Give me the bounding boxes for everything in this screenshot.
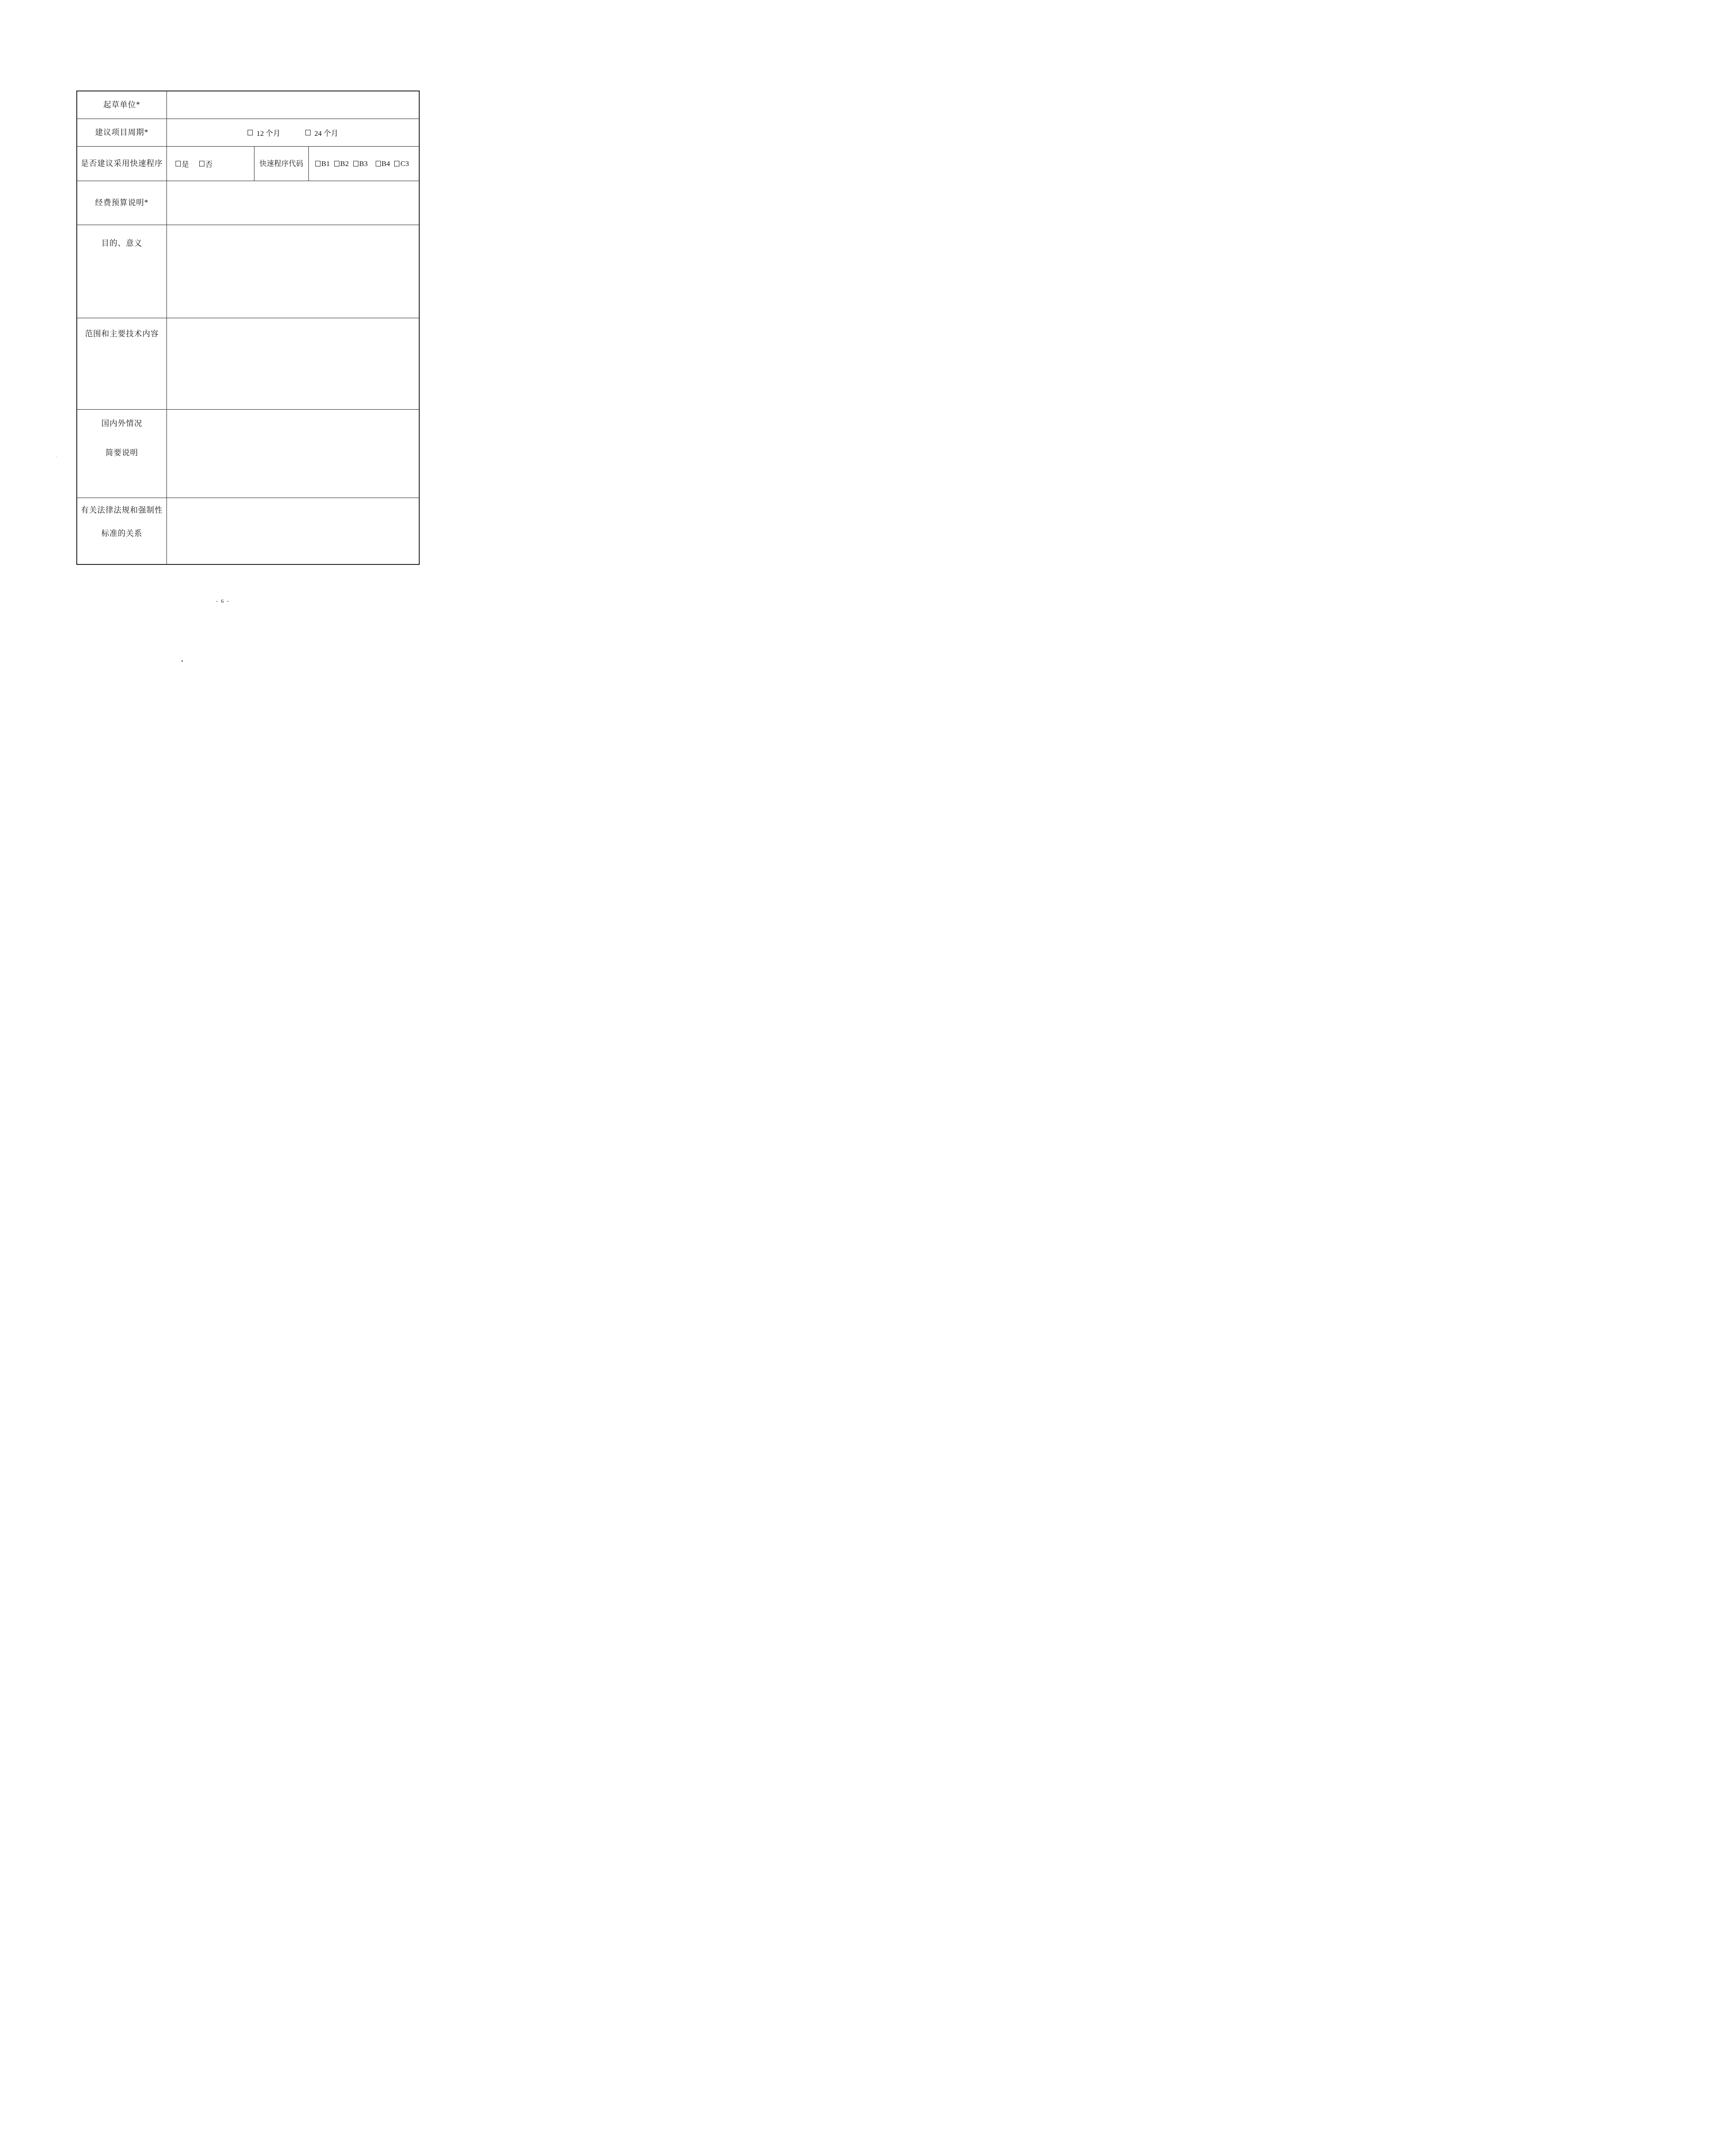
option-yes: 是	[176, 158, 189, 169]
checkbox-b2[interactable]	[334, 161, 339, 166]
option-no-label: 否	[205, 158, 213, 169]
option-code-b2: B2	[334, 160, 349, 168]
scope-value-cell	[167, 318, 419, 409]
checkbox-12-months[interactable]	[248, 130, 253, 135]
checkbox-b4[interactable]	[376, 161, 381, 166]
code-b4-label: B4	[382, 160, 390, 168]
document-page: 起草单位* 建议项目周期* 12 个月 24 个月	[0, 0, 474, 671]
checkbox-b3[interactable]	[353, 161, 358, 166]
purpose-value-cell	[167, 225, 419, 318]
ink-speck-faint	[56, 456, 57, 458]
label-budget-note: 经费预算说明*	[77, 181, 167, 225]
fast-procedure-codes-cell: B1 B2 B3 B4 C3	[309, 147, 419, 181]
label-drafting-unit: 起草单位*	[77, 91, 167, 119]
label-scope: 范围和主要技术内容	[77, 318, 167, 409]
label-text-line2: 简要说明	[106, 448, 138, 458]
code-c3-label: C3	[400, 160, 409, 168]
domestic-foreign-overview-value-cell	[167, 410, 419, 498]
row-fast-procedure: 是否建议采用快速程序 是 否 快速程序代码 B1	[77, 147, 419, 181]
label-text: 是否建议采用快速程序	[81, 158, 163, 169]
label-text: 快速程序代码	[260, 158, 304, 169]
label-text: 起草单位*	[104, 100, 141, 110]
ink-speck	[182, 660, 183, 662]
project-period-options-cell: 12 个月 24 个月	[167, 119, 419, 146]
budget-note-value-cell	[167, 181, 419, 225]
legal-regulation-relation-value-cell	[167, 498, 419, 564]
page-number: - 6 -	[0, 598, 446, 605]
label-text-line1: 国内外情况	[101, 418, 142, 429]
option-no: 否	[199, 158, 213, 169]
checkbox-c3[interactable]	[394, 161, 399, 166]
option-code-b1: B1	[315, 160, 330, 168]
label-text: 目的、意义	[101, 238, 142, 249]
checkbox-24-months[interactable]	[305, 130, 311, 135]
code-b1-label: B1	[321, 160, 330, 168]
drafting-unit-value-cell	[167, 91, 419, 119]
label-legal-regulation-relation: 有关法律法规和强制性 标准的关系	[77, 498, 167, 564]
option-12-months-label: 12 个月	[257, 127, 280, 138]
label-domestic-foreign-overview: 国内外情况 简要说明	[77, 410, 167, 498]
row-budget-note: 经费预算说明*	[77, 181, 419, 225]
checkbox-no[interactable]	[199, 161, 204, 166]
row-domestic-foreign-overview: 国内外情况 简要说明	[77, 410, 419, 498]
option-12-months: 12 个月	[248, 127, 280, 138]
row-project-period: 建议项目周期* 12 个月 24 个月	[77, 119, 419, 147]
option-code-b4: B4	[376, 160, 390, 168]
label-fast-procedure: 是否建议采用快速程序	[77, 147, 167, 181]
label-text: 建议项目周期*	[95, 127, 149, 138]
row-scope: 范围和主要技术内容	[77, 318, 419, 410]
label-project-period: 建议项目周期*	[77, 119, 167, 146]
fast-procedure-yes-no-cell: 是 否	[167, 147, 254, 181]
row-legal-regulation-relation: 有关法律法规和强制性 标准的关系	[77, 498, 419, 564]
label-text-line2: 标准的关系	[101, 528, 142, 539]
option-code-b3: B3	[353, 160, 368, 168]
option-code-c3: C3	[394, 160, 409, 168]
label-text: 经费预算说明*	[95, 197, 149, 208]
checkbox-b1[interactable]	[315, 161, 320, 166]
checkbox-yes[interactable]	[176, 161, 181, 166]
option-24-months: 24 个月	[305, 127, 338, 138]
option-24-months-label: 24 个月	[314, 127, 338, 138]
option-yes-label: 是	[182, 158, 189, 169]
label-purpose: 目的、意义	[77, 225, 167, 318]
label-fast-procedure-code: 快速程序代码	[254, 147, 309, 181]
code-b3-label: B3	[359, 160, 368, 168]
label-text-line1: 有关法律法规和强制性	[81, 505, 163, 516]
row-drafting-unit: 起草单位*	[77, 91, 419, 119]
code-b2-label: B2	[340, 160, 349, 168]
label-text: 范围和主要技术内容	[85, 329, 159, 339]
project-proposal-table: 起草单位* 建议项目周期* 12 个月 24 个月	[76, 91, 420, 565]
row-purpose: 目的、意义	[77, 225, 419, 318]
